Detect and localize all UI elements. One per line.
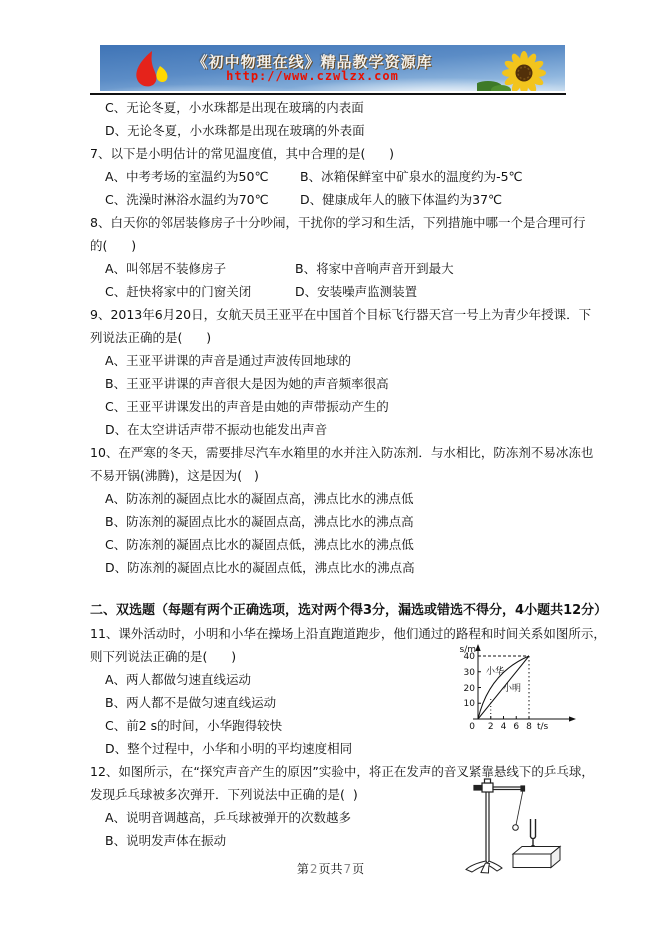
graph-tick-0: 0 xyxy=(469,722,475,732)
question-10-stem-line1: 10、在严寒的冬天，需要排尽汽车水箱里的水并注入防冻剂．与水相比，防冻剂不易冰冻… xyxy=(90,441,578,464)
question-10-option-d: D、防冻剂的凝固点比水的凝固点低，沸点比水的沸点高 xyxy=(90,556,578,579)
question-6-option-c: C、无论冬夏，小水珠都是出现在玻璃的内表面 xyxy=(90,96,578,119)
footer-total-pages: 7 xyxy=(343,862,353,876)
question-8-stem-line2: 的( ) xyxy=(90,234,578,257)
question-8-option-a: A、叫邻居不装修房子 xyxy=(105,257,295,280)
header-divider xyxy=(90,93,566,95)
question-7-option-d: D、健康成年人的腋下体温约为37℃ xyxy=(300,192,502,207)
question-9-option-d: D、在太空讲话声带不振动也能发出声音 xyxy=(90,418,578,441)
section-2-heading: 二、双选题（每题有两个正确选项，选对两个得3分，漏选或错选不得分，4小题共12分… xyxy=(90,599,578,622)
exam-content: C、无论冬夏，小水珠都是出现在玻璃的内表面 D、无论冬夏，小水珠都是出现在玻璃的… xyxy=(90,96,578,852)
question-9-stem-line2: 列说法正确的是( ) xyxy=(90,326,578,349)
graph-tick-30: 30 xyxy=(464,668,476,678)
question-8-option-b: B、将家中音响声音开到最大 xyxy=(295,261,454,276)
question-7-option-b: B、冰箱保鲜室中矿泉水的温度约为-5℃ xyxy=(300,169,523,184)
question-7-options-cd: C、洗澡时淋浴水温约为70℃D、健康成年人的腋下体温约为37℃ xyxy=(90,188,578,211)
site-banner: 《初中物理在线》精品教学资源库 http://www.czwlzx.com xyxy=(100,45,565,91)
question-10-option-c: C、防冻剂的凝固点比水的凝固点低，沸点比水的沸点低 xyxy=(90,533,578,556)
question-9-stem-line1: 9、2013年6月20日，女航天员王亚平在中国首个目标飞行器天宫一号上为青少年授… xyxy=(90,303,578,326)
graph-tick-20: 20 xyxy=(464,684,476,694)
question-11-distance-time-graph: s/m 40 30 20 10 0 2 4 6 8 t/s 小华 小明 xyxy=(453,643,578,738)
graph-curve-label-xiaohua: 小华 xyxy=(486,665,504,677)
question-8-options-cd: C、赶快将家中的门窗关闭D、安装噪声监测装置 xyxy=(90,280,578,303)
page-number-footer: 第2页共7页 xyxy=(0,860,661,877)
footer-mid: 页共 xyxy=(318,862,342,876)
graph-tick-2: 2 xyxy=(488,722,494,732)
question-7-option-c: C、洗澡时淋浴水温约为70℃ xyxy=(105,188,300,211)
sunflower-image xyxy=(477,51,555,91)
graph-tick-10: 10 xyxy=(464,699,476,709)
graph-x-axis-label: t/s xyxy=(537,722,549,732)
question-9-option-a: A、王亚平讲课的声音是通过声波传回地球的 xyxy=(90,349,578,372)
question-8-option-c: C、赶快将家中的门窗关闭 xyxy=(105,280,295,303)
question-10-stem-line2: 不易开锅(沸腾)，这是因为( ) xyxy=(90,464,578,487)
question-10-option-b: B、防冻剂的凝固点比水的凝固点高，沸点比水的沸点高 xyxy=(90,510,578,533)
question-9-option-b: B、王亚平讲课的声音很大是因为她的声音频率很高 xyxy=(90,372,578,395)
question-11-option-d: D、整个过程中，小华和小明的平均速度相同 xyxy=(90,737,578,760)
graph-tick-8: 8 xyxy=(526,722,532,732)
question-11-stem-line1: 11、课外活动时，小明和小华在操场上沿直跑道跑步，他们通过的路程和时间关系如图所… xyxy=(90,622,578,645)
footer-prefix: 第 xyxy=(297,862,309,876)
graph-tick-6: 6 xyxy=(513,722,519,732)
footer-suffix: 页 xyxy=(352,862,364,876)
banner-url-link[interactable]: http://www.czwlzx.com xyxy=(130,69,495,83)
graph-tick-40: 40 xyxy=(464,652,476,662)
question-8-stem-line1: 8、白天你的邻居装修房子十分吵闹，干扰你的学习和生活，下列措施中哪一个是合理可行 xyxy=(90,211,578,234)
question-6-option-d: D、无论冬夏，小水珠都是出现在玻璃的外表面 xyxy=(90,119,578,142)
graph-tick-4: 4 xyxy=(501,722,507,732)
graph-curve-label-xiaoming: 小明 xyxy=(503,682,521,694)
question-7-stem: 7、以下是小明估计的常见温度值，其中合理的是( ) xyxy=(90,142,578,165)
question-7-options-ab: A、中考考场的室温约为50℃B、冰箱保鲜室中矿泉水的温度约为-5℃ xyxy=(90,165,578,188)
question-8-option-d: D、安装噪声监测装置 xyxy=(295,284,417,299)
question-9-option-c: C、王亚平讲课发出的声音是由她的声带振动产生的 xyxy=(90,395,578,418)
exam-page: 《初中物理在线》精品教学资源库 http://www.czwlzx.com xyxy=(0,0,661,935)
question-10-option-a: A、防冻剂的凝固点比水的凝固点高，沸点比水的沸点低 xyxy=(90,487,578,510)
question-7-option-a: A、中考考场的室温约为50℃ xyxy=(105,165,300,188)
question-8-options-ab: A、叫邻居不装修房子B、将家中音响声音开到最大 xyxy=(90,257,578,280)
